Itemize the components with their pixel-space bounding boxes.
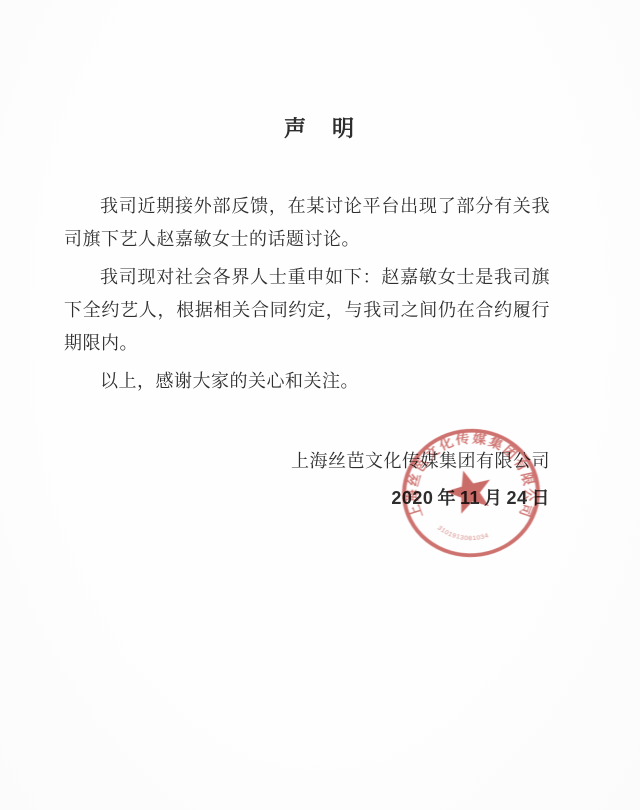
date-month-unit: 月 [484,488,503,508]
document-title: 声 明 [0,0,640,144]
seal-serial-number: 3101913081034 [436,521,491,544]
paragraph-3: 以上，感谢大家的关心和关注。 [64,365,550,398]
date-day-unit: 日 [532,488,551,508]
date-day: 24 [506,488,527,508]
signature-block: 上海丝芭文化传媒集团有限公司 2020年11月24日 [0,448,640,511]
document-body: 我司近期接外部反馈，在某讨论平台出现了部分有关我司旗下艺人赵嘉敏女士的话题讨论。… [64,190,550,398]
statement-document-page: 声 明 我司近期接外部反馈，在某讨论平台出现了部分有关我司旗下艺人赵嘉敏女士的话… [0,0,640,810]
signature-company-name: 上海丝芭文化传媒集团有限公司 [0,448,550,474]
signature-date: 2020年11月24日 [0,485,550,511]
paragraph-2: 我司现对社会各界人士重申如下：赵嘉敏女士是我司旗下全约艺人，根据相关合同约定，与… [64,261,550,360]
paragraph-1: 我司近期接外部反馈，在某讨论平台出现了部分有关我司旗下艺人赵嘉敏女士的话题讨论。 [64,190,550,256]
date-month: 11 [460,488,480,508]
date-year-unit: 年 [437,488,456,508]
date-year: 2020 [391,488,433,508]
